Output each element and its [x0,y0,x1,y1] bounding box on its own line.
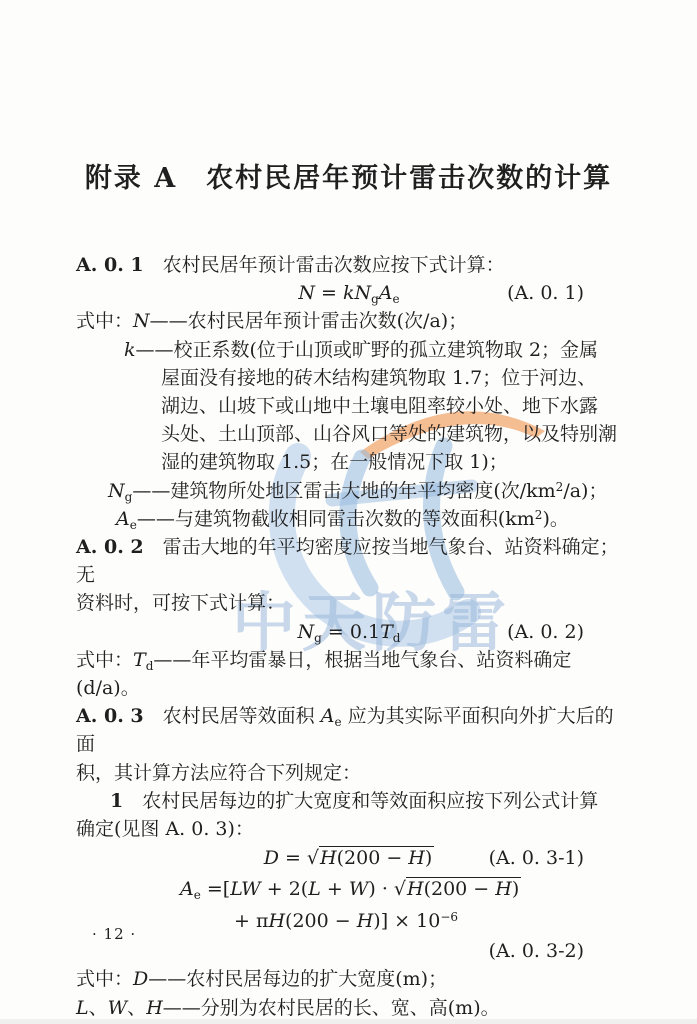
formula-a02: Ng = 0.1Td (A. 0. 2) [76,618,622,646]
definition-k-line-2: 屋面没有接地的砖木结构建筑物取 1.7；位于河边、 [76,364,622,392]
clause-a03-line-1: A. 0. 3 农村民居等效面积 Ae 应为其实际平面积向外扩大后的面 [76,702,622,758]
item-1-line-2: 确定(见图 A. 0. 3)： [76,815,622,843]
clause-a02-line-1: A. 0. 2 雷击大地的年平均密度应按当地气象台、站资料确定；无 [76,533,622,589]
definition-lwh: L、W、H——分别为农村民居的长、宽、高(m)。 [76,994,622,1022]
item-1-line-1: 1 农村民居每边的扩大宽度和等效面积应按下列公式计算 [76,787,622,815]
definition-d: 式中：D——农村民居每边的扩大宽度(m)； [76,965,622,993]
formula-a032-line-1: Ae =[LW + 2(L + W) · √H(200 − H) [76,873,622,905]
document-body: A. 0. 1 农村民居年预计雷击次数应按下式计算： N = kNgAe (A.… [76,251,622,1022]
clause-a01-intro: A. 0. 1 农村民居年预计雷击次数应按下式计算： [76,251,622,279]
clause-a02-line-2: 资料时，可按下式计算： [76,589,622,617]
definition-ng: Ng——建筑物所处地区雷击大地的年平均密度(次/km2/a)； [76,477,622,505]
definition-k-line-4: 头处、土山顶部、山谷风口等处的建筑物，以及特别潮 [76,420,622,448]
formula-a01: N = kNgAe (A. 0. 1) [76,279,622,307]
formula-a01-expression: N = kNgAe [298,282,399,304]
definition-n: 式中：N——农村民居年预计雷击次数(次/a)； [76,307,622,335]
definition-k-line-5: 湿的建筑物取 1.5；在一般情况下取 1)； [76,448,622,476]
formula-a01-label: (A. 0. 1) [507,279,584,307]
definition-k-line-1: k——校正系数(位于山顶或旷野的孤立建筑物取 2；金属 [76,336,622,364]
clause-a03-line-2: 积，其计算方法应符合下列规定： [76,759,622,787]
definition-td: 式中：Td——年平均雷暴日，根据当地气象台、站资料确定(d/a)。 [76,646,622,702]
formula-a032-label: (A. 0. 3-2) [76,937,622,965]
formula-a02-label: (A. 0. 2) [507,618,584,646]
document-page: 中天防雷 附录 A 农村民居年预计雷击次数的计算 A. 0. 1 农村民居年预计… [0,0,697,1024]
formula-a032-line-2: + πH(200 − H)] × 10−6 [76,905,622,937]
formula-a02-expression: Ng = 0.1Td [298,621,401,643]
formula-a031: D = √H(200 − H) (A. 0. 3-1) [76,843,622,873]
page-number: · 12 · [92,925,136,943]
appendix-title: 附录 A 农村民居年预计雷击次数的计算 [0,156,697,195]
definition-k-line-3: 湖边、山坡下或山地中土壤电阻率较小处、地下水露 [76,392,622,420]
formula-a031-label: (A. 0. 3-1) [489,843,584,873]
formula-a031-expression: D = √H(200 − H) [264,846,435,869]
definition-ae: Ae——与建筑物截收相同雷击次数的等效面积(km2)。 [76,505,622,533]
